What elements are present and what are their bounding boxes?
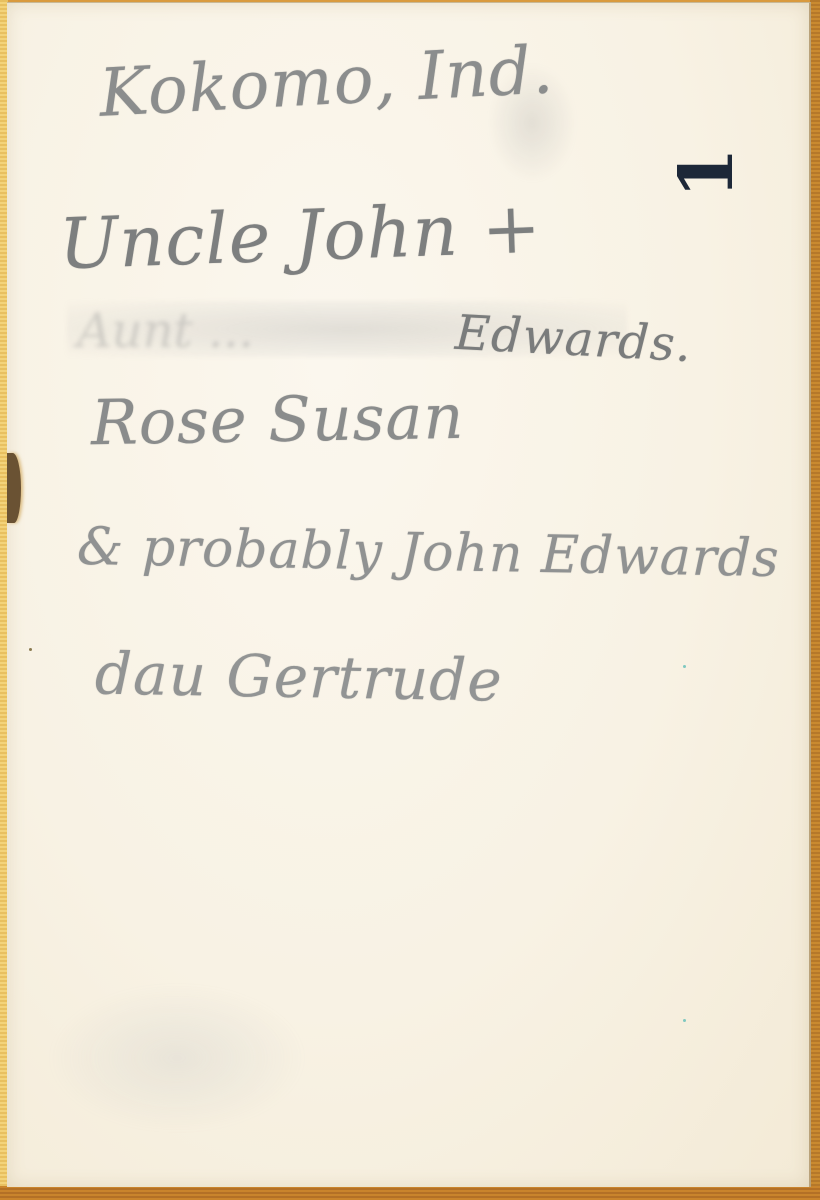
scan-background-bottom [0, 1186, 820, 1200]
paper-speck [683, 1019, 686, 1022]
faint-pencil-marks [47, 983, 307, 1133]
scan-background-right [810, 0, 820, 1200]
name-note-rose-susan: Rose Susan [90, 380, 465, 460]
name-note-uncle-john: Uncle John + [58, 187, 543, 286]
erased-note: Aunt ... [77, 303, 254, 359]
surname-note: Edwards. [454, 305, 694, 373]
photo-card-back: Kokomo, Ind. 1 Uncle John + Aunt ... Edw… [7, 2, 811, 1187]
paper-speck [683, 665, 686, 668]
name-note-gertrude: dau Gertrude [94, 639, 503, 714]
edge-tear [7, 453, 21, 523]
name-note-john-edwards: & probably John Edwards [77, 517, 781, 589]
paper-speck [29, 648, 32, 651]
stamped-number: 1 [677, 133, 737, 213]
